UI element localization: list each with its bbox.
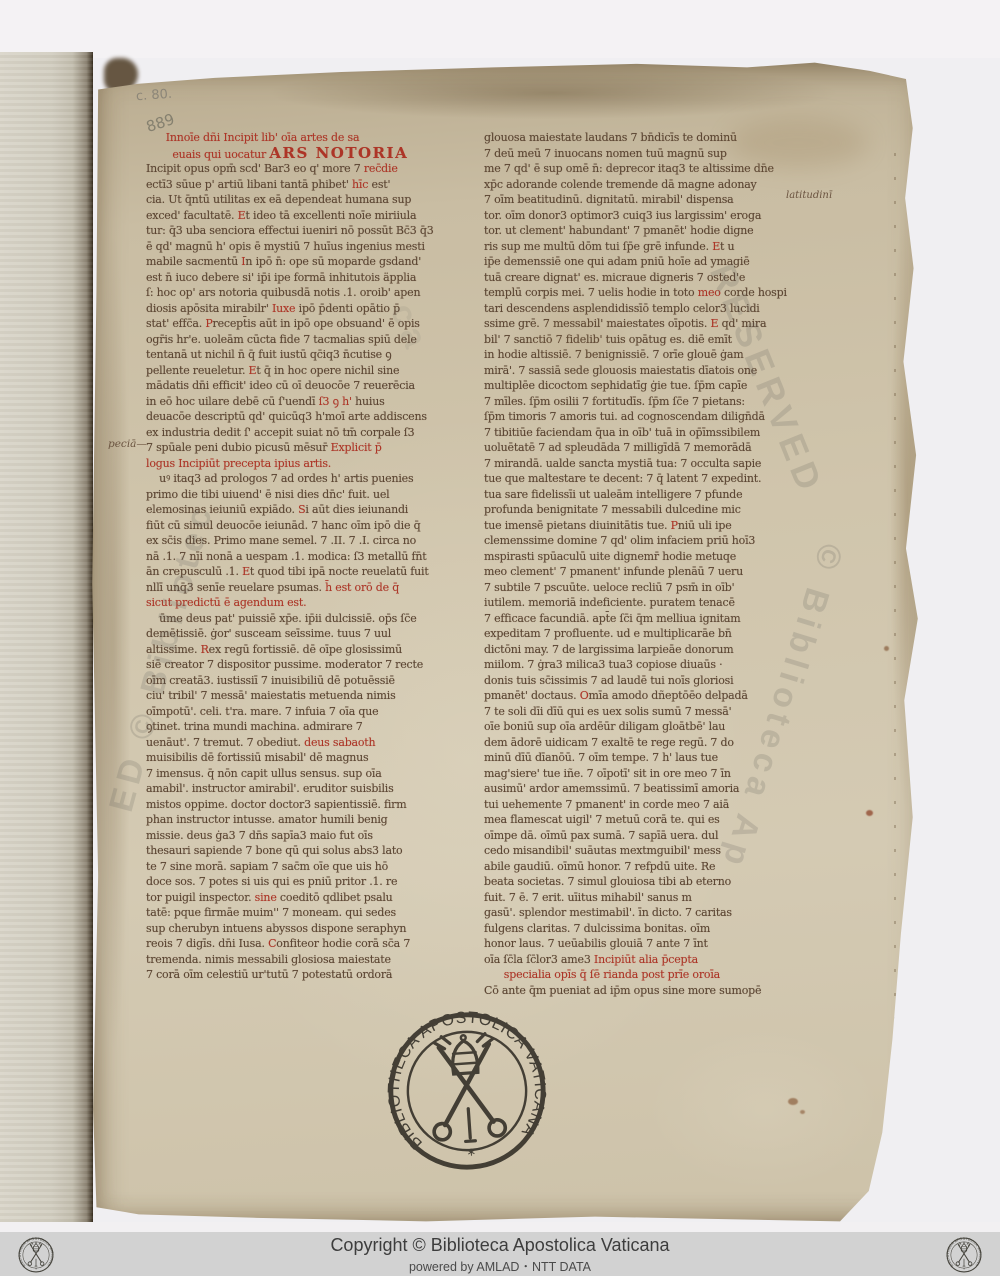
manuscript-line: in eō hoc uilare debē cū ſ'uendī ſ3 ꝯ h'… <box>146 394 482 410</box>
text-column-left: Innoīe dñi Incipit lib' oīa artes de sa … <box>146 130 482 983</box>
manuscript-line: tuā creare dignat' es. micraue digneris … <box>484 270 824 286</box>
manuscript-line: 7 corā oīm celestiū ur'tutū 7 potestatū … <box>146 967 482 983</box>
manuscript-line: stat' effc̄a. Precept̄is aūt in ipō ope … <box>146 316 482 332</box>
manuscript-line: profunda benignitate 7 messabili dulcedi… <box>484 502 824 518</box>
manuscript-line: est n̄ iuco debere si' ip̄i ipe formā in… <box>146 270 482 286</box>
manuscript-line: nllī unq̄3 senīe reuelare psumas. h̄ est… <box>146 580 482 596</box>
manuscript-line: ris sup me multū dōm tui ſp̄e grē infund… <box>484 239 824 255</box>
manuscript-line: mag'siere' tue iñe. 7 oīpotī' sit in ore… <box>484 766 824 782</box>
manuscript-line: meo clement' 7 pmanent' infunde plenāū 7… <box>484 564 824 580</box>
manuscript-line: multiplēe dicoctom sephidatīg ġie tue. ſ… <box>484 378 824 394</box>
damp-stain <box>728 118 868 168</box>
manuscript-line: muisibilis dē fortissiū misabil' dē magn… <box>146 750 482 766</box>
manuscript-line: uenāut'. 7 tremut. 7 obediut. deus sabao… <box>146 735 482 751</box>
footer-bar: Copyright © Biblioteca Apostolica Vatica… <box>0 1232 1000 1276</box>
manuscript-line: mabile sacmentū In ipō n̄: ope sū mopard… <box>146 254 482 270</box>
manuscript-line: elemosinas ieiuniū expiādo. Si aūt dies … <box>146 502 482 518</box>
manuscript-line: dem ādorē uidicam 7 exaltē te rege regū.… <box>484 735 824 751</box>
footer-logo-left-vatican-seal-icon <box>18 1237 54 1273</box>
footer-copyright: Copyright © Biblioteca Apostolica Vatica… <box>0 1235 1000 1256</box>
pricking-holes <box>894 153 896 1113</box>
manuscript-line: tatē: pque firmāe muim'' 7 moneam. qui s… <box>146 905 482 921</box>
manuscript-line: ſp̄m timoris 7 amoris tui. ad cognoscend… <box>484 409 824 425</box>
manuscript-line: 7 mirandā. ualde sancta mystiā tua: 7 oc… <box>484 456 824 472</box>
manuscript-line: oīa ſc̄la ſc̄lor3 ame3 Incipiūt alia p̄c… <box>484 952 824 968</box>
ink-spot <box>866 810 873 816</box>
manuscript-line: ip̄e demenssiē one qui adam pniū hoīe ad… <box>484 254 824 270</box>
manuscript-line: mādatis dn̄i efficit' ideo cū oī deuocōe… <box>146 378 482 394</box>
manuscript-line: minū dīū dīanōū. 7 oīm tempe. 7 h' laus … <box>484 750 824 766</box>
manuscript-line: oīm creatā3. iustissiī 7 inuisibiliū dē … <box>146 673 482 689</box>
manuscript-line: 7 subtile 7 pscuūte. ueloce recliū 7 psm… <box>484 580 824 596</box>
manuscript-line: tentanā ut nichil n̄ q̄ fuit iustū qc̄iq… <box>146 347 482 363</box>
manuscript-line: diosis apōsita mirabilr' Iuxe ipō p̄dent… <box>146 301 482 317</box>
manuscript-line: expeditam 7 profluente. ud e multiplicar… <box>484 626 824 642</box>
manuscript-line: dictōni may. 7 de largissima larpieāe do… <box>484 642 824 658</box>
manuscript-line: deuacōe descriptū qd' quicūq3 h'moī arte… <box>146 409 482 425</box>
manuscript-line: altissime. Rex regū fortissiē. dē oīpe g… <box>146 642 482 658</box>
manuscript-line: missie. deus ġa3 7 dn̄s sapīa3 maio fut … <box>146 828 482 844</box>
manuscript-line: 7 mīles. ſp̄m osilii 7 fortitudīs. ſp̄m … <box>484 394 824 410</box>
flyleaf-edge <box>0 52 93 1230</box>
manuscript-line: logus Incipiūt precepta ipius artis. <box>146 456 482 472</box>
manuscript-line: pmanēt' doctaus. Omīa amodo dñeptōēo del… <box>484 688 824 704</box>
manuscript-line: iutilem. memoriā indeficiente. puratem t… <box>484 595 824 611</box>
manuscript-line: ē qd' magnū h' opis ē mystiū 7 huīus ing… <box>146 239 482 255</box>
manuscript-line: ectī3 sūue p' artiū libani tantā phibet'… <box>146 177 482 193</box>
manuscript-line: oīmpotū'. celi. t'ra. mare. 7 infuia 7 o… <box>146 704 482 720</box>
scan-background-top <box>0 0 1000 58</box>
margin-note-latitudini: latitudinī <box>786 190 832 201</box>
manuscript-line: honor laus. 7 ueūabilis glouiā 7 ante 7 … <box>484 936 824 952</box>
manuscript-line: thesauri sapiende 7 bone qū qui solus ab… <box>146 843 482 859</box>
manuscript-line: cedo misandibil' suāutas mextmguibil' me… <box>484 843 824 859</box>
manuscript-line: phan instructor intusse. amator humili b… <box>146 812 482 828</box>
manuscript-line: clemenssime domine 7 qd' olim infaciem p… <box>484 533 824 549</box>
manuscript-line: ꝯtinet. trina mundi machina. admirare 7 <box>146 719 482 735</box>
manuscript-line: mistos oppime. doctor doctor3 sapientiss… <box>146 797 482 813</box>
manuscript-line: tui uehemente 7 pmanent' in corde meo 7 … <box>484 797 824 813</box>
manuscript-line: tor puigil inspector. sine coeditō qdlib… <box>146 890 482 906</box>
manuscript-line: 7 efficace facundiā. apt̄e ſc̄i q̄m mell… <box>484 611 824 627</box>
manuscript-line: 7 te soli dīi dīū qui es uex solis sumū … <box>484 704 824 720</box>
ink-spot <box>788 1098 798 1105</box>
manuscript-line: Incipit opus opm̄ scd' Bar3 eo q' more 7… <box>146 161 482 177</box>
scan-background-bottom <box>0 1222 1000 1232</box>
manuscript-line: euais qui uocatur ARS NOTORIA <box>146 146 482 162</box>
manuscript-line: primo die tibi uiuend' ē nisi dies dn̄c'… <box>146 487 482 503</box>
manuscript-line: 7 tibitiūe faciendam q̄ua in oīb' tuā in… <box>484 425 824 441</box>
manuscript-line: ex industria dedit ſ' accepit suiat nō t… <box>146 425 482 441</box>
manuscript-line: fiūt cū simul deuocōe ieiunād. 7 hanc oī… <box>146 518 482 534</box>
manuscript-line: 7 oīm beatitudinū. dignitatū. mirabil' d… <box>484 192 824 208</box>
manuscript-line: tremenda. nimis messabili glosiosa maies… <box>146 952 482 968</box>
manuscript-scan-viewer: c. 80. 889 Innoīe dñi Incipit lib' oīa a… <box>0 0 1000 1276</box>
manuscript-line: beata societas. 7 simul glouiosa tibi ab… <box>484 874 824 890</box>
manuscript-line: specialia opīs q̄ ſē rianda post prīe or… <box>484 967 824 983</box>
manuscript-line: pellente reueletur. Et q̄ in hoc opere n… <box>146 363 482 379</box>
manuscript-line: sup cherubyn intuens abyssos dispone ser… <box>146 921 482 937</box>
manuscript-line: cia. Ut q̄ntū utilitas ex eā dependeat h… <box>146 192 482 208</box>
manuscript-line: ūme deus pat' puissiē xp̄e. ip̄ii dulcis… <box>146 611 482 627</box>
margin-note-pecia: peciā— <box>108 438 147 450</box>
library-stamp <box>381 1005 554 1178</box>
manuscript-line: tari descendens asplendidissīō templo ce… <box>484 301 824 317</box>
manuscript-line: 7 imensus. q̄ nōn capit ullus sensus. su… <box>146 766 482 782</box>
manuscript-line: xp̄c adorande colende tremende dā magne … <box>484 177 824 193</box>
manuscript-line: ausimū' ardor amemssimū. 7 beatissimī am… <box>484 781 824 797</box>
parchment-page: c. 80. 889 Innoīe dñi Incipit lib' oīa a… <box>88 58 933 1226</box>
manuscript-line: 7 spūale peni dubio picusū mēsur̄ Explic… <box>146 440 482 456</box>
damp-stain <box>528 308 618 368</box>
manuscript-line: tue que maltestare te decent: 7 q̄ laten… <box>484 471 824 487</box>
manuscript-line: templū corpis mei. 7 uelis hodie in toto… <box>484 285 824 301</box>
manuscript-line: te 7 sine morā. sapiam 7 sac̄m oīe que u… <box>146 859 482 875</box>
manuscript-line: tor. ut clement' habundant' 7 pmanēt' ho… <box>484 223 824 239</box>
manuscript-line: mirā'. 7 sassiā sede glouosis maiestatis… <box>484 363 824 379</box>
manuscript-line: fuit. 7 ē. 7 erit. uīitus mihabil' sanus… <box>484 890 824 906</box>
ink-spot <box>884 646 889 651</box>
manuscript-line: amabil'. instructor amirabil'. eruditor … <box>146 781 482 797</box>
manuscript-line: mea flamescat uigil' 7 metuū corā te. qu… <box>484 812 824 828</box>
manuscript-line: ogr̄is hr'e. uoleām cūcta fide 7 tacmali… <box>146 332 482 348</box>
manuscript-line: demētissiē. ġor' susceam seīssime. tuus … <box>146 626 482 642</box>
manuscript-line: tor. oīm donor3 optimor3 cuiq3 ius largi… <box>484 208 824 224</box>
manuscript-line: doce sos. 7 potes si uis qui es pniū pri… <box>146 874 482 890</box>
manuscript-line: ex sc̄is dies. Primo mane semel. 7 .II. … <box>146 533 482 549</box>
manuscript-line: siē creator 7 dispositor pussime. modera… <box>146 657 482 673</box>
manuscript-line: Cō ante q̄m pueniat ad ip̄m opus sine mo… <box>484 983 824 999</box>
manuscript-line: ān crepusculū .1. Et quod tibi ipā nocte… <box>146 564 482 580</box>
manuscript-line: abile gaudiū. oīmū honor. 7 refpdū uite.… <box>484 859 824 875</box>
foliation-pencil-note: c. 80. <box>136 87 173 104</box>
manuscript-line: sicut predictū ē agendum est. <box>146 595 482 611</box>
manuscript-line: uꝰ itaq3 ad prologos 7 ad ordes h' artis… <box>146 471 482 487</box>
manuscript-line: oīmpe dā. oīmū pax sumā. 7 sapīā uera. d… <box>484 828 824 844</box>
manuscript-line: fulgens claritas. 7 dulcissima bonitas. … <box>484 921 824 937</box>
footer-logo-right-vatican-seal-icon <box>946 1237 982 1273</box>
manuscript-line: tua sare fidelissīi ut ualeām intelliger… <box>484 487 824 503</box>
manuscript-line: reois 7 digīs. dn̄i Iusa. Confiteor hodi… <box>146 936 482 952</box>
manuscript-line: tur: q̄3 uba senciora effectui iueniri n… <box>146 223 482 239</box>
manuscript-line: exced' facultatē. Et ideo tā excellenti … <box>146 208 482 224</box>
footer-powered-by: powered by AMLAD・NTT DATA <box>0 1257 1000 1275</box>
manuscript-line: nā .1. 7 nīi nonā a uespam .1. modica: ſ… <box>146 549 482 565</box>
text-column-right: glouosa maiestate laudans 7 bn̄dicīs te … <box>484 130 824 998</box>
manuscript-line: ſ: hoc op' ars notoria quibusdā notis .1… <box>146 285 482 301</box>
manuscript-line: tue imensē pietans diuinitātis tue. Pniū… <box>484 518 824 534</box>
manuscript-line: miilom. 7 ġra3 milica3 tua3 copiose diua… <box>484 657 824 673</box>
manuscript-line: uoluētatē 7 ad spleudāda 7 milligīdā 7 m… <box>484 440 824 456</box>
manuscript-line: mspirasti spūaculū uite dignemr̄ hodie m… <box>484 549 824 565</box>
manuscript-line: ciu' tribil' 7 messā' maiestatis metuend… <box>146 688 482 704</box>
manuscript-line: oīe boniū sup oīa ardēūr diligam gloātbē… <box>484 719 824 735</box>
manuscript-line: gasū'. splendor mestimabil'. īn dicto. 7… <box>484 905 824 921</box>
ink-spot <box>800 1110 805 1114</box>
manuscript-line: donis tuis sc̄issimis 7 ad laudē tui noī… <box>484 673 824 689</box>
